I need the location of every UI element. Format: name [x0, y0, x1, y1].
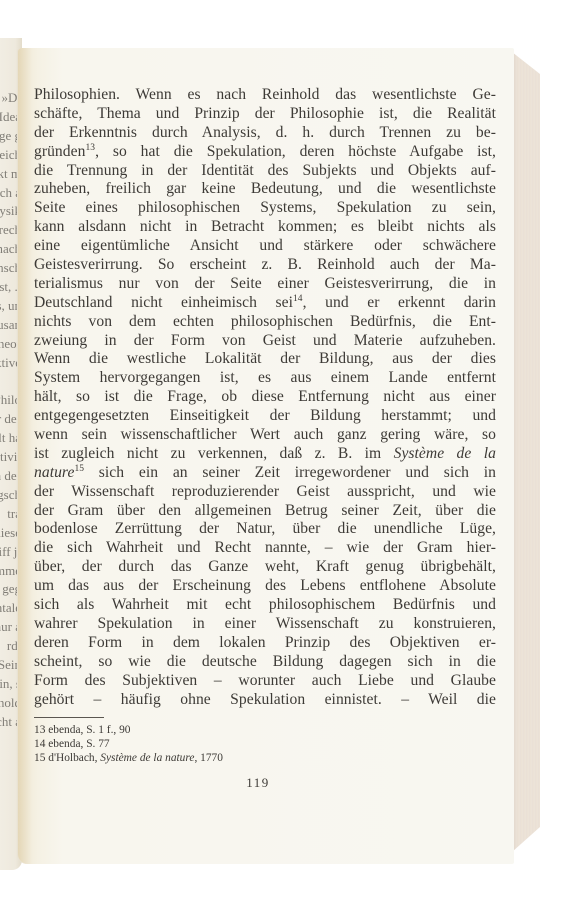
text-line: der Erkenntnis durch Analysis, d. h. dur…: [34, 124, 496, 143]
footnote-15: 15 d'Holbach, Système de la nature, 1770: [34, 752, 223, 766]
text-line: wahrer Spekulation in einer Wissenschaft…: [34, 615, 496, 634]
text-line: scheint, so wie die deutsche Bildung dag…: [34, 653, 496, 672]
footnote-13: 13 ebenda, S. 1 f., 90: [34, 724, 223, 738]
text-line: zweiung in der Form von Geist und Materi…: [34, 332, 496, 351]
text-line: die Trennung in der Identität des Subjek…: [34, 162, 496, 181]
text-line: ist zugleich nicht zu verkennen, daß z. …: [34, 445, 496, 464]
text-line: nichts von dem echten philosophischen Be…: [34, 313, 496, 332]
text-line: bodenlose Zerrüttung der Natur, über die…: [34, 520, 496, 539]
text-line: zuheben, freilich gar keine Bedeutung, u…: [34, 180, 496, 199]
text-line: über, der durch das Ganze weht, Kraft ge…: [34, 558, 496, 577]
text-line: entgegengesetzten Einseitigkeit der Bild…: [34, 407, 496, 426]
text-line: gehört – häufig ohne Spekulation einnist…: [34, 691, 496, 710]
page-block-edges: [512, 52, 540, 852]
text-line: System hervorgegangen ist, es aus einem …: [34, 369, 496, 388]
text-line: Philosophien. Wenn es nach Reinhold das …: [34, 86, 496, 105]
text-line: nature15 sich ein an seiner Zeit irregew…: [34, 464, 496, 483]
text-line: der Wissenschaft reproduzierender Geist …: [34, 483, 496, 502]
footnote-ref-14[interactable]: 14: [293, 294, 303, 304]
text-line: Wenn die westliche Lokalität der Bildung…: [34, 350, 496, 369]
gutter-shadow: [18, 48, 32, 864]
text-line: Form des Subjektiven – worunter auch Lie…: [34, 672, 496, 691]
footnote-ref-13[interactable]: 13: [85, 143, 95, 153]
footnote-14: 14 ebenda, S. 77: [34, 738, 223, 752]
text-line: hält, so ist die Frage, ob diese Entfern…: [34, 388, 496, 407]
text-line: die sich Wahrheit und Recht nannte, – wi…: [34, 539, 496, 558]
text-line: Seite eines philosophischen Systems, Spe…: [34, 199, 496, 218]
text-line: der Gram über den allgemeinen Betrug sei…: [34, 502, 496, 521]
book-page: Philosophien. Wenn es nach Reinhold das …: [18, 48, 514, 864]
page-number: 119: [218, 775, 298, 791]
footnotes: 13 ebenda, S. 1 f., 90 14 ebenda, S. 77 …: [34, 724, 223, 765]
body-text: Philosophien. Wenn es nach Reinhold das …: [34, 86, 496, 709]
text-line: eine eigentümliche Ansicht und stärkere …: [34, 237, 496, 256]
text-line: kann alsdann nicht in Betracht kommen; e…: [34, 218, 496, 237]
text-line: schäfte, Thema und Prinzip der Philosoph…: [34, 105, 496, 124]
text-line: wenn sein wissenschaftlicher Wert auch g…: [34, 426, 496, 445]
text-line: um das aus der Erscheinung des Lebens en…: [34, 577, 496, 596]
footnote-ref-15[interactable]: 15: [74, 464, 84, 474]
text-line: terialismus nur von der Seite einer Geis…: [34, 275, 496, 294]
text-line: Geistesverirrung. So erscheint z. B. Rei…: [34, 256, 496, 275]
text-line: gründen13, so hat die Spekulation, deren…: [34, 143, 496, 162]
italic-title: Système de la: [394, 445, 496, 462]
text-line: deren Form in dem lokalen Prinzip des Ob…: [34, 634, 496, 653]
footnote-separator: [34, 717, 104, 718]
text-line: Deutschland nicht einheimisch sei14, und…: [34, 294, 496, 313]
italic-title: nature: [34, 464, 74, 481]
text-line: sich als Wahrheit mit echt philosophisch…: [34, 596, 496, 615]
